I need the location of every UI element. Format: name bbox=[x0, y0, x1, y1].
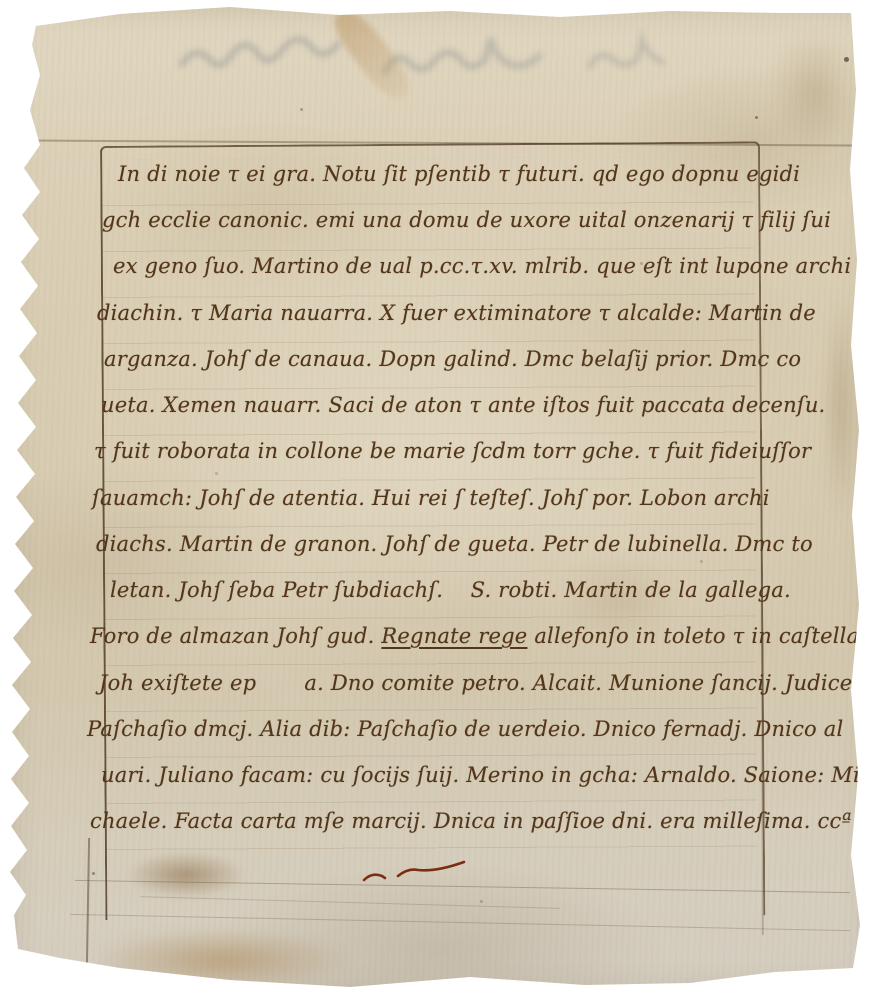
manuscript-line-1: In di noie τ ei gra. Notu ſit pſentib τ … bbox=[118, 162, 800, 186]
stain-right-edge bbox=[824, 290, 858, 520]
parchment-sheet: In di noie τ ei gra. Notu ſit pſentib τ … bbox=[0, 0, 880, 1000]
manuscript-line-15: chaele. Facta carta mſe marcij. Dnica in… bbox=[90, 809, 880, 833]
manuscript-line-10: letan. Johſ ſeba Petr ſubdiachſ. S. robt… bbox=[110, 578, 791, 602]
manuscript-line-2: gch ecclie canonic. emi una domu de uxor… bbox=[102, 208, 831, 232]
line-11-pre: Foro de almazan Johſ gud. bbox=[90, 624, 381, 648]
line-11-post: allefonſo in toleto τ in caſtella. bbox=[527, 624, 866, 648]
fold-line-bottom-vertical bbox=[86, 838, 90, 964]
manuscript-line-4: diachin. τ Maria nauarra. X fuer extimin… bbox=[97, 301, 816, 325]
manuscript-line-12: Joh exiſtete ep a. Dno comite petro. Alc… bbox=[99, 671, 860, 695]
scanned-charter-page: In di noie τ ei gra. Notu ſit pſentib τ … bbox=[0, 0, 880, 1000]
fold-line-top bbox=[34, 140, 852, 147]
fold-line-bottom-3 bbox=[140, 896, 560, 909]
stain-top-right bbox=[770, 30, 860, 150]
verso-show-through-writing bbox=[170, 22, 730, 92]
ink-specks bbox=[0, 0, 3, 3]
manuscript-line-5: arganza. Johſ de canaua. Dopn galind. Dm… bbox=[104, 347, 801, 371]
fold-line-bottom-2 bbox=[70, 914, 850, 931]
manuscript-line-13: Paſchaſio dmcj. Alia dib: Paſchaſio de u… bbox=[87, 717, 843, 741]
manuscript-line-6: ueta. Xemen nauarr. Saci de aton τ ante … bbox=[101, 393, 825, 417]
manuscript-line-7: τ fuit roborata in collone be marie ſcdm… bbox=[94, 439, 811, 463]
regnante-rege-underlined: Regnate rege bbox=[381, 624, 527, 648]
pen-flourish bbox=[360, 858, 470, 888]
manuscript-line-9: diachs. Martin de granon. Johſ de gueta.… bbox=[96, 532, 813, 556]
stain-left-lower bbox=[126, 852, 246, 898]
manuscript-line-11: Foro de almazan Johſ gud. Regnate rege a… bbox=[90, 624, 866, 648]
manuscript-line-14: uari. Juliano facam: cu ſocijs ſuij. Mer… bbox=[101, 763, 860, 787]
manuscript-line-3: ex geno ſuo. Martino de ual p.cc.τ.xv. m… bbox=[113, 254, 851, 278]
manuscript-line-8: ſauamch: Johſ de atentia. Hui rei ſ teſt… bbox=[92, 486, 770, 510]
stain-bottom-left bbox=[92, 928, 352, 992]
